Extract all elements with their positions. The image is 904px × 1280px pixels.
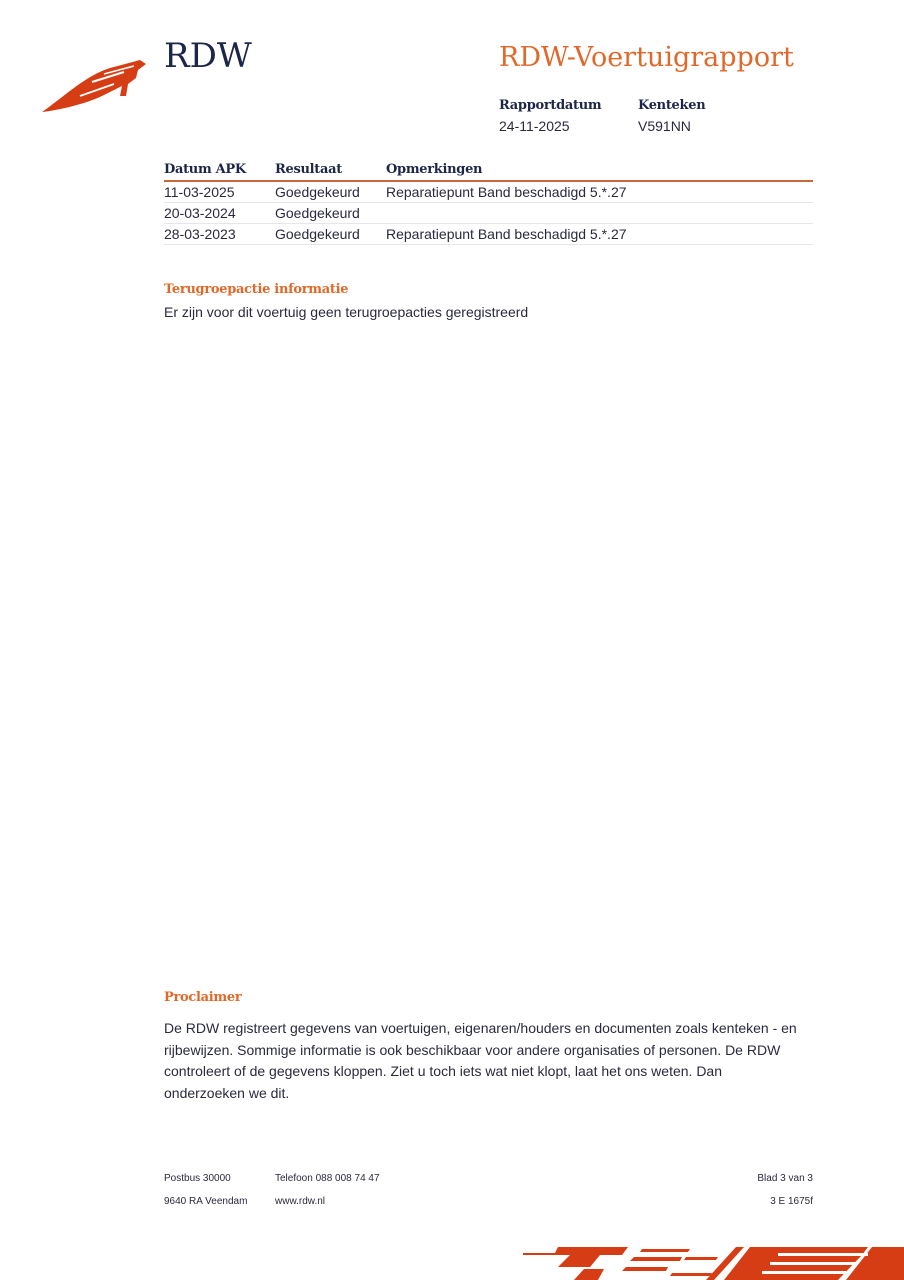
cell-date: 20-03-2024 [164, 203, 275, 224]
cell-result: Goedgekeurd [275, 181, 386, 203]
footer-address-line1: Postbus 30000 [164, 1173, 231, 1184]
table-header-row: Datum APK Resultaat Opmerkingen [164, 159, 813, 181]
column-header: Opmerkingen [386, 159, 813, 181]
column-header: Resultaat [275, 159, 386, 181]
cell-remarks: Reparatiepunt Band beschadigd 5.*.27 [386, 224, 813, 245]
report-title: RDW-Voertuigrapport [499, 42, 794, 73]
footer-website[interactable]: www.rdw.nl [275, 1196, 325, 1207]
meta-label: Rapportdatum [499, 98, 601, 113]
table-row: 28-03-2023 Goedgekeurd Reparatiepunt Ban… [164, 224, 813, 245]
rdw-feather-icon [40, 56, 150, 116]
column-header: Datum APK [164, 159, 275, 181]
meta-license-plate: Kenteken V591NN [638, 98, 705, 134]
cell-date: 11-03-2025 [164, 181, 275, 203]
meta-label: Kenteken [638, 98, 705, 113]
footer-document-code: 3 E 1675f [770, 1196, 813, 1207]
footer-phone: Telefoon 088 008 74 47 [275, 1173, 380, 1184]
apk-table: Datum APK Resultaat Opmerkingen 11-03-20… [164, 159, 813, 245]
cell-result: Goedgekeurd [275, 203, 386, 224]
cell-remarks: Reparatiepunt Band beschadigd 5.*.27 [386, 181, 813, 203]
recall-title: Terugroepactie informatie [164, 282, 348, 297]
proclaimer-text: De RDW registreert gegevens van voertuig… [164, 1018, 804, 1104]
footer-address-line2: 9640 RA Veendam [164, 1196, 247, 1207]
meta-value: 24-11-2025 [499, 118, 601, 134]
table-row: 11-03-2025 Goedgekeurd Reparatiepunt Ban… [164, 181, 813, 203]
footer-page-number: Blad 3 van 3 [757, 1173, 813, 1184]
meta-value: V591NN [638, 118, 705, 134]
table-row: 20-03-2024 Goedgekeurd [164, 203, 813, 224]
proclaimer-title: Proclaimer [164, 990, 241, 1005]
decorative-stripes-icon [518, 1243, 904, 1280]
meta-report-date: Rapportdatum 24-11-2025 [499, 98, 601, 134]
logo-text: RDW [164, 36, 252, 76]
cell-result: Goedgekeurd [275, 224, 386, 245]
recall-text: Er zijn voor dit voertuig geen terugroep… [164, 304, 528, 320]
cell-remarks [386, 203, 813, 224]
cell-date: 28-03-2023 [164, 224, 275, 245]
